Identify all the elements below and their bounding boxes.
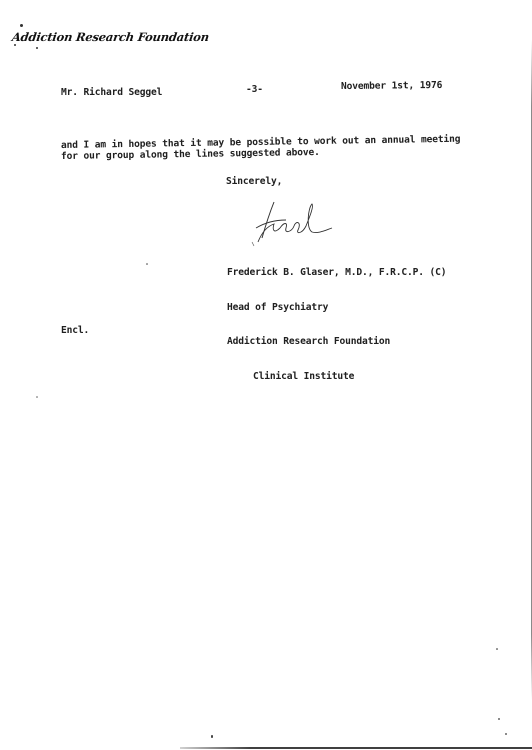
scan-edge-bottom bbox=[180, 747, 532, 749]
signer-organization: Addiction Research Foundation bbox=[227, 336, 446, 348]
scan-speck bbox=[146, 263, 148, 265]
handwritten-signature bbox=[248, 198, 338, 248]
scan-speck bbox=[36, 396, 38, 398]
ink-speck bbox=[14, 44, 16, 46]
signer-name: Frederick B. Glaser, M.D., F.R.C.P. (C) bbox=[227, 267, 446, 279]
letter-date: November 1st, 1976 bbox=[341, 80, 442, 93]
recipient-name: Mr. Richard Seggel bbox=[61, 87, 162, 99]
signer-division: Clinical Institute bbox=[227, 371, 446, 383]
scan-speck bbox=[505, 733, 507, 735]
letterhead: Addiction Research Foundation bbox=[11, 30, 210, 44]
ink-speck bbox=[20, 24, 23, 27]
signer-title: Head of Psychiatry bbox=[227, 302, 446, 314]
page-number: -3- bbox=[246, 84, 263, 96]
signature-block: Frederick B. Glaser, M.D., F.R.C.P. (C) … bbox=[227, 244, 446, 405]
scan-speck bbox=[496, 648, 498, 650]
scan-speck bbox=[211, 735, 213, 738]
enclosure-note: Encl. bbox=[61, 325, 89, 337]
scan-speck bbox=[498, 718, 500, 720]
ink-speck bbox=[36, 47, 38, 49]
closing-salutation: Sincerely, bbox=[226, 176, 282, 188]
letter-page: Addiction Research Foundation Mr. Richar… bbox=[0, 0, 532, 750]
